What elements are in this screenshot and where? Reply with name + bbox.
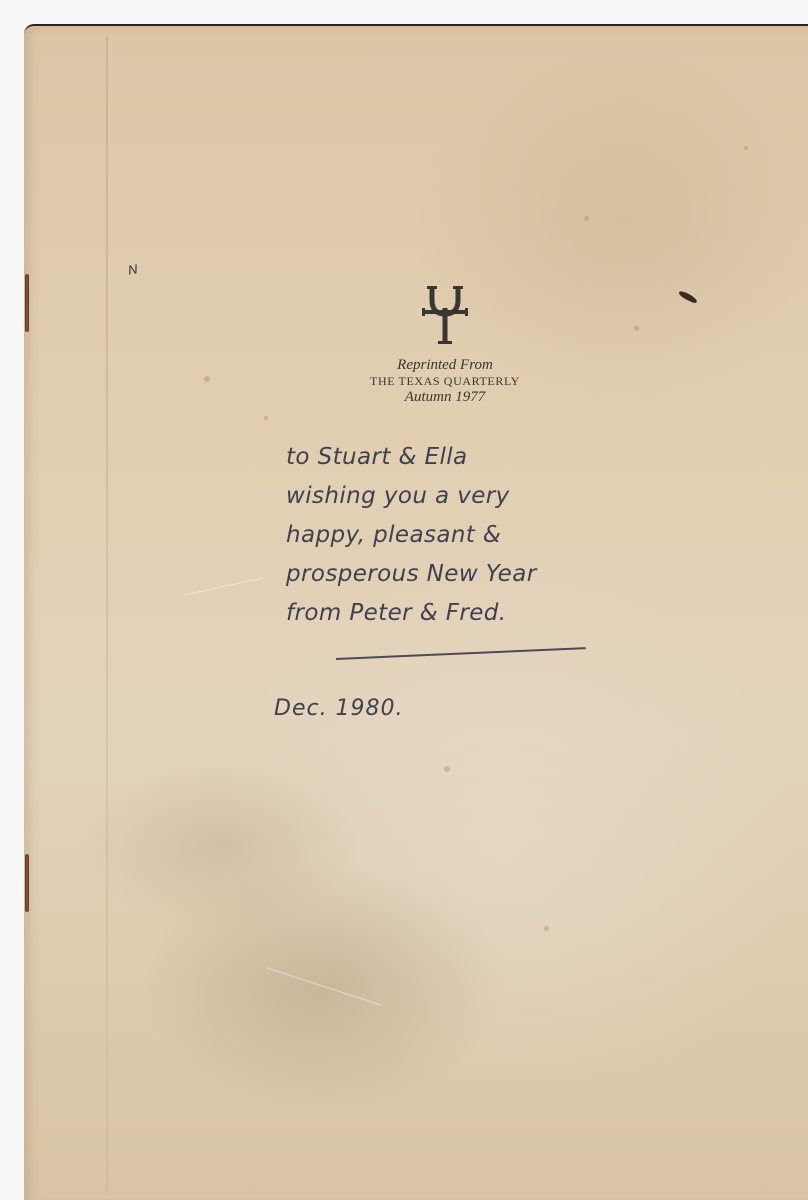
ut-monogram-icon <box>420 284 470 348</box>
imprint-issue-date: Autumn 1977 <box>320 388 570 406</box>
foxing-spot <box>544 926 549 931</box>
pamphlet-cover: N Reprinted From THE TEXAS QUARTERLY Aut… <box>24 24 808 1200</box>
imprint-journal-title: THE TEXAS QUARTERLY <box>320 374 570 388</box>
foxing-spot <box>744 146 748 150</box>
imprint-block: Reprinted From THE TEXAS QUARTERLY Autum… <box>320 356 570 406</box>
spine-fold <box>106 36 108 1196</box>
inscription-line: to Stuart & Ella <box>286 438 626 477</box>
foxing-spot <box>584 216 589 221</box>
inscription-line: wishing you a very <box>286 477 626 516</box>
inscription-line: from Peter & Fred. <box>286 594 626 633</box>
staple-top <box>25 274 29 332</box>
stain-mark <box>678 290 698 305</box>
paper-crease <box>267 967 381 1005</box>
foxing-spot <box>264 416 268 420</box>
foxing-spot <box>444 766 450 772</box>
inscription-date: Dec. 1980. <box>274 696 404 721</box>
pencil-corner-mark: N <box>127 261 139 277</box>
foxing-spot <box>634 326 639 331</box>
foxing-spot <box>204 376 210 382</box>
handwritten-inscription: to Stuart & Ella wishing you a very happ… <box>286 438 626 633</box>
paper-crease <box>185 578 263 596</box>
staple-bottom <box>25 854 29 912</box>
inscription-line: happy, pleasant & <box>286 516 626 555</box>
imprint-reprinted-from: Reprinted From <box>320 356 570 374</box>
inscription-line: prosperous New Year <box>286 555 626 594</box>
signature-underline <box>336 647 586 660</box>
